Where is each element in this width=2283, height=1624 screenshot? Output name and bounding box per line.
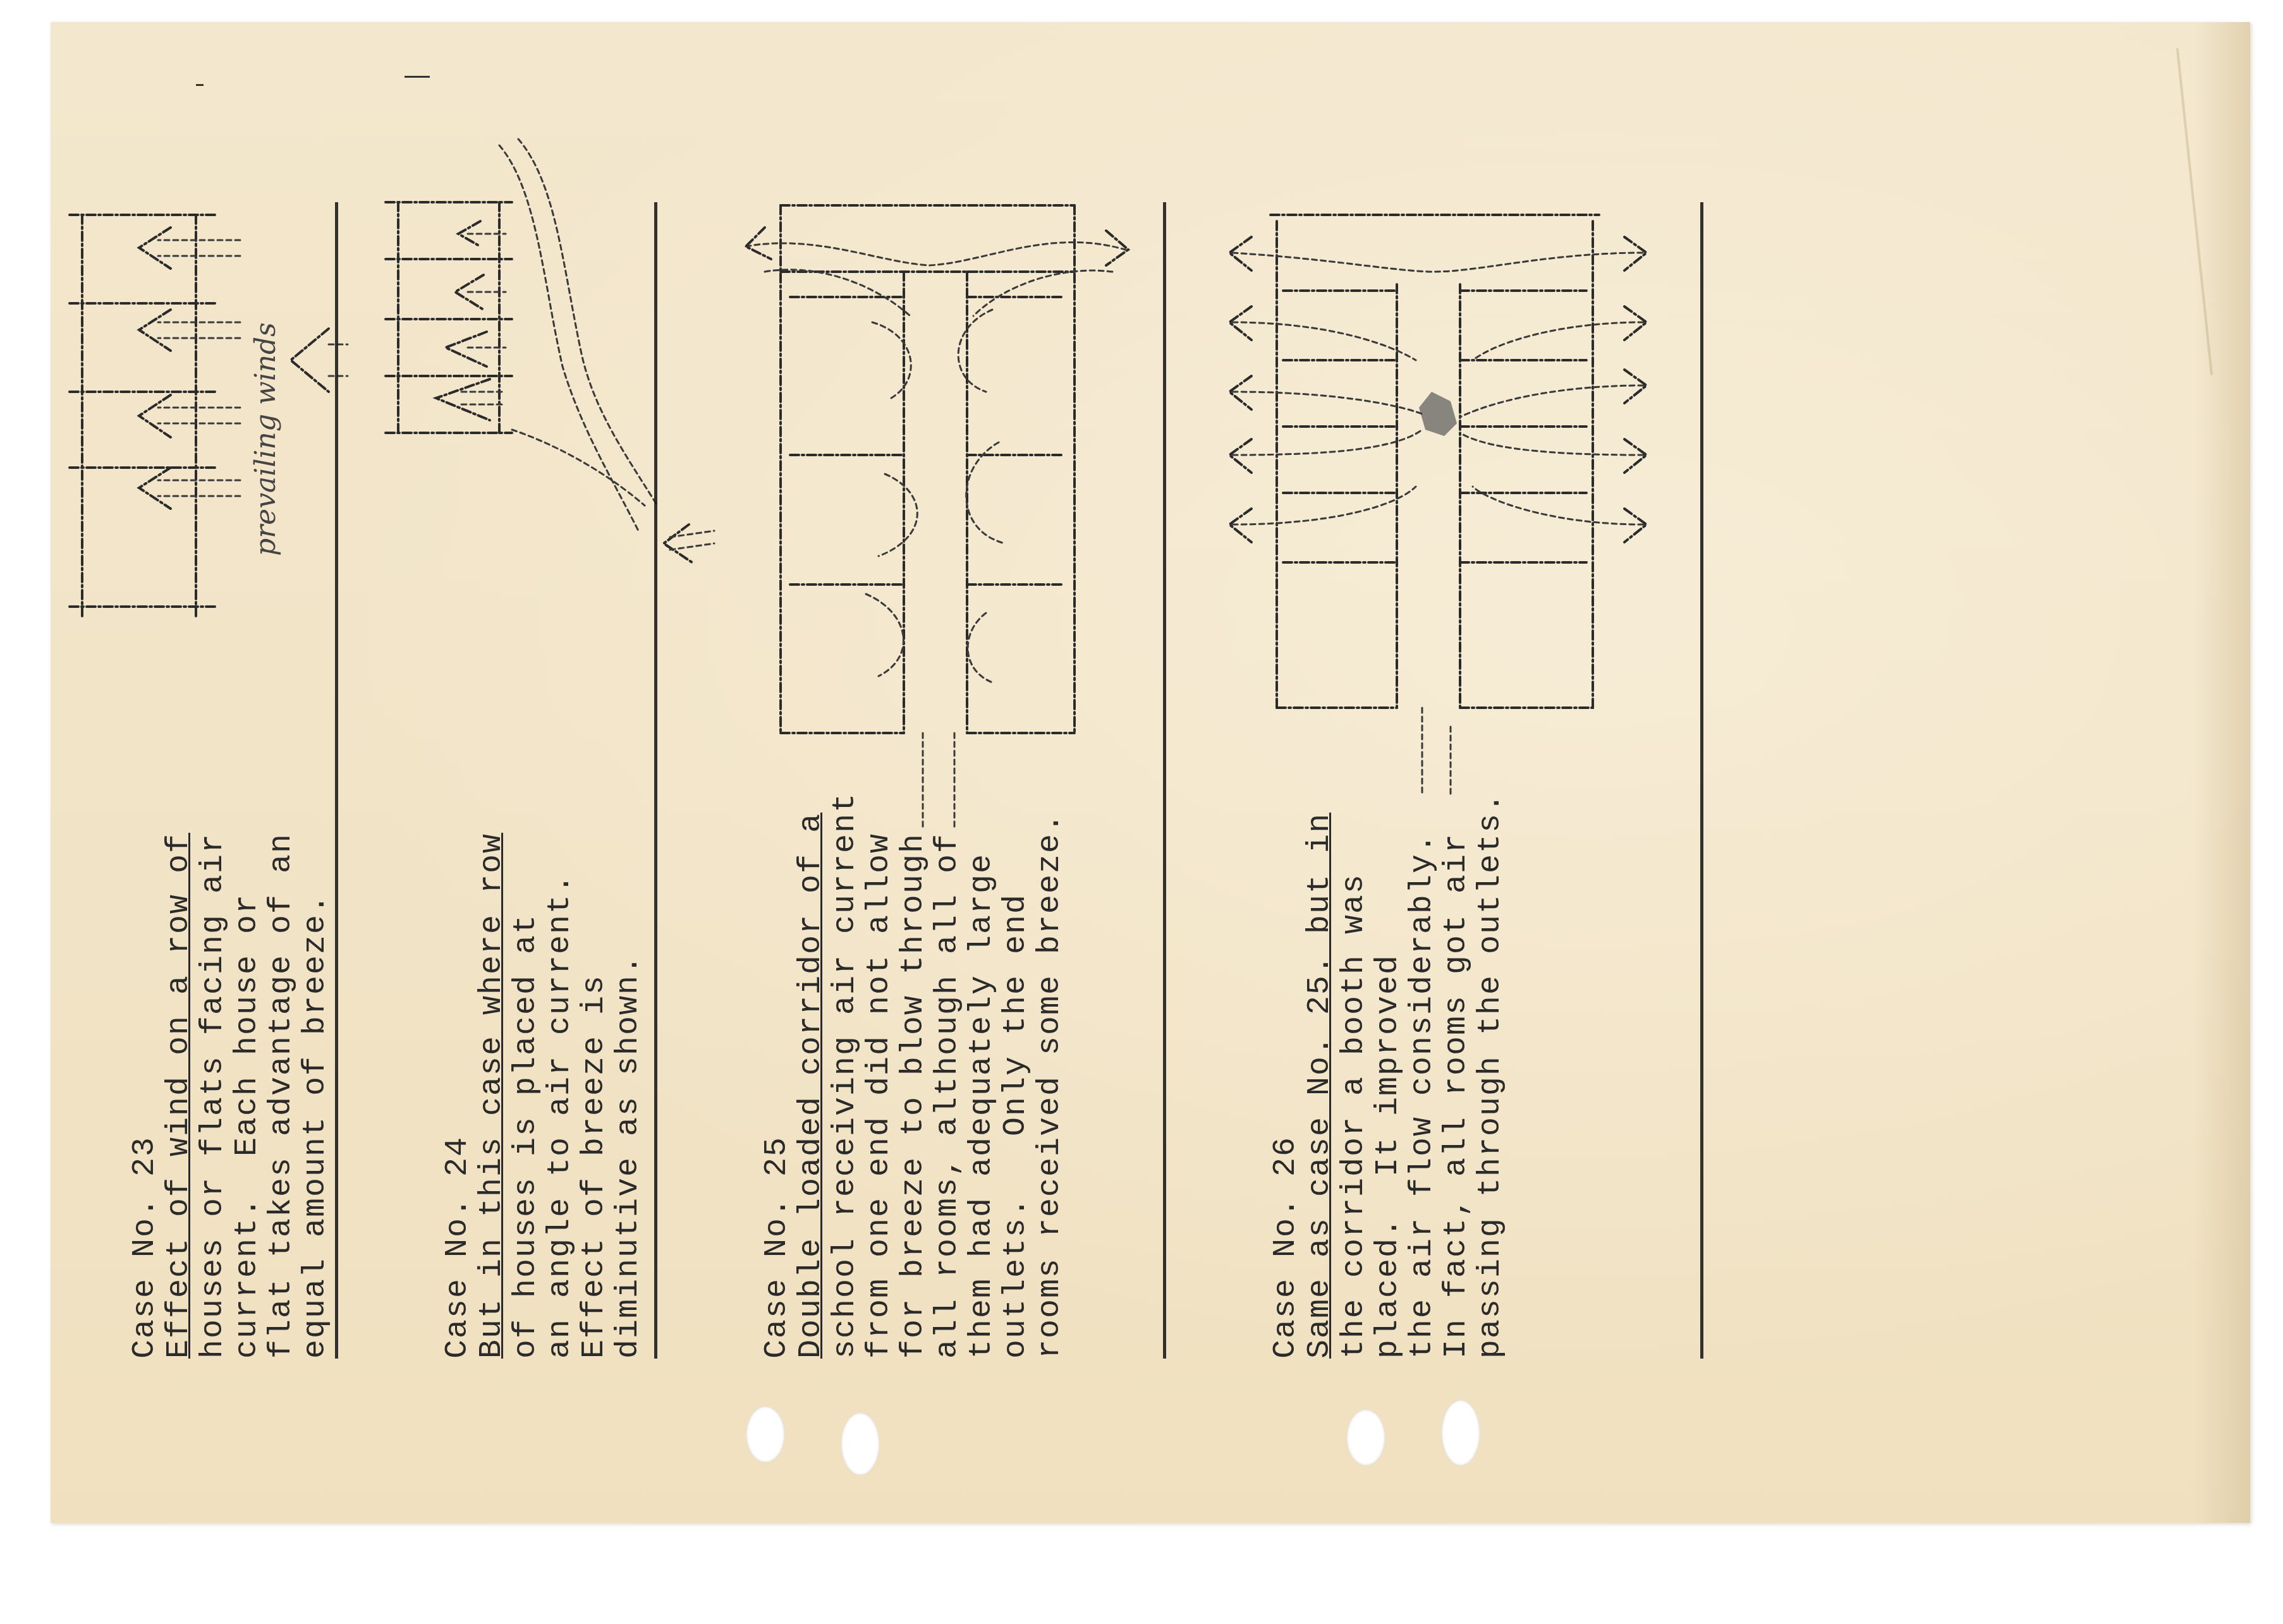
case-24-diagram	[373, 126, 702, 698]
case-26-diagram	[1207, 190, 1675, 825]
case-divider	[335, 202, 338, 1359]
outflow-arrow-icon	[1624, 237, 1647, 270]
case-26-line-5: In fact, all rooms got air	[1439, 833, 1475, 1359]
case-26-line-4: the air flow considerably.	[1404, 833, 1440, 1359]
prevailing-wind-arrow-icon	[291, 329, 348, 392]
case-divider	[1163, 202, 1166, 1359]
stray-mark	[196, 84, 204, 86]
case-25-line-3: from one end did not allow	[861, 833, 898, 1359]
case-24-body: But in this case where row of houses is …	[475, 833, 646, 1359]
outflow-arrow-icon	[1624, 439, 1647, 473]
case-23-title: Case No. 23	[128, 833, 162, 1359]
punch-hole	[1346, 1409, 1385, 1466]
case-25-title: Case No. 25	[760, 792, 794, 1359]
case-23-diagram: prevailing winds	[63, 202, 348, 660]
case-24-line-4: Effect of breeze is	[576, 974, 612, 1359]
case-23-body: Effect of wind on a row of houses or fla…	[162, 833, 333, 1359]
case-divider	[654, 202, 657, 1359]
case-25-diagram	[721, 177, 1138, 844]
case-26-line-2: the corridor a booth was	[1336, 873, 1372, 1359]
case-25-text: Case No. 25Double loaded corridor of a s…	[692, 792, 1102, 1359]
prevailing-winds-label: prevailing winds	[250, 322, 282, 556]
punch-hole	[841, 1412, 880, 1476]
booth-icon	[1419, 392, 1457, 436]
case-24-line-1: But in this case where row	[474, 833, 510, 1359]
case-24-text: Case No. 24But in this case where row of…	[373, 833, 680, 1359]
case-24-line-2: of houses is placed at	[508, 914, 544, 1359]
double-loaded-corridor-diagram	[721, 177, 1138, 840]
airflow-arrow-icon	[139, 468, 240, 509]
case-25-line-2: school receiving air current	[827, 792, 863, 1359]
case-24-line-5: diminutive as shown.	[611, 954, 647, 1359]
case-26-line-3: placed. It improved	[1370, 954, 1406, 1359]
punch-hole	[746, 1406, 785, 1463]
case-divider	[1700, 202, 1703, 1359]
case-23-line-1: Effect of wind on a row of	[161, 833, 197, 1359]
case-24-line-3: an angle to air current.	[542, 873, 578, 1359]
case-26-text: Case No. 26Same as case No. 25. but in t…	[1201, 792, 1542, 1359]
case-26-line-1: Same as case No. 25. but in	[1302, 813, 1338, 1359]
outflow-arrow-icon	[1229, 439, 1251, 473]
case-23-line-4: flat takes advantage of an	[264, 833, 300, 1359]
case-25-line-1: Double loaded corridor of a	[793, 813, 829, 1359]
case-23-text: Case No. 23Effect of wind on a row of ho…	[60, 833, 367, 1359]
case-24-title: Case No. 24	[441, 833, 475, 1359]
case-25-line-8: rooms received some breeze.	[1032, 813, 1068, 1359]
airflow-arrow-icon	[446, 332, 506, 367]
case-25-line-6: them had adequately large	[964, 853, 1000, 1359]
airflow-arrow-icon	[436, 379, 506, 420]
case-25-line-5: all rooms, although all of	[930, 833, 966, 1359]
outflow-arrow-icon	[1229, 509, 1251, 542]
paper-edge-shadow	[2193, 22, 2250, 1523]
case-26-line-6: passing through the outlets.	[1473, 792, 1509, 1359]
case-25-body: Double loaded corridor of a school recei…	[794, 792, 1068, 1359]
case-26-title: Case No. 26	[1269, 792, 1303, 1359]
case-23-line-2: houses or flats facing air	[195, 833, 231, 1359]
case-25-line-4: for breeze to blow through	[896, 833, 932, 1359]
airflow-arrow-icon	[139, 395, 240, 437]
corridor-with-booth-diagram	[1207, 190, 1675, 821]
airflow-arrow-icon	[455, 275, 506, 310]
airflow-arrow-icon	[139, 310, 240, 351]
houses-row-diagram: prevailing winds	[63, 202, 348, 657]
stray-mark	[405, 76, 430, 78]
case-25-line-7: outlets. Only the end	[998, 894, 1034, 1359]
case-23-line-3: current. Each house or	[229, 894, 265, 1359]
punch-hole	[1441, 1400, 1480, 1466]
case-26-body: Same as case No. 25. but in the corridor…	[1303, 792, 1508, 1359]
airflow-arrow-icon	[139, 227, 240, 269]
outflow-arrow-icon	[1624, 509, 1647, 542]
case-23-line-5: equal amount of breeze.	[298, 894, 334, 1359]
angled-houses-diagram	[373, 126, 702, 695]
